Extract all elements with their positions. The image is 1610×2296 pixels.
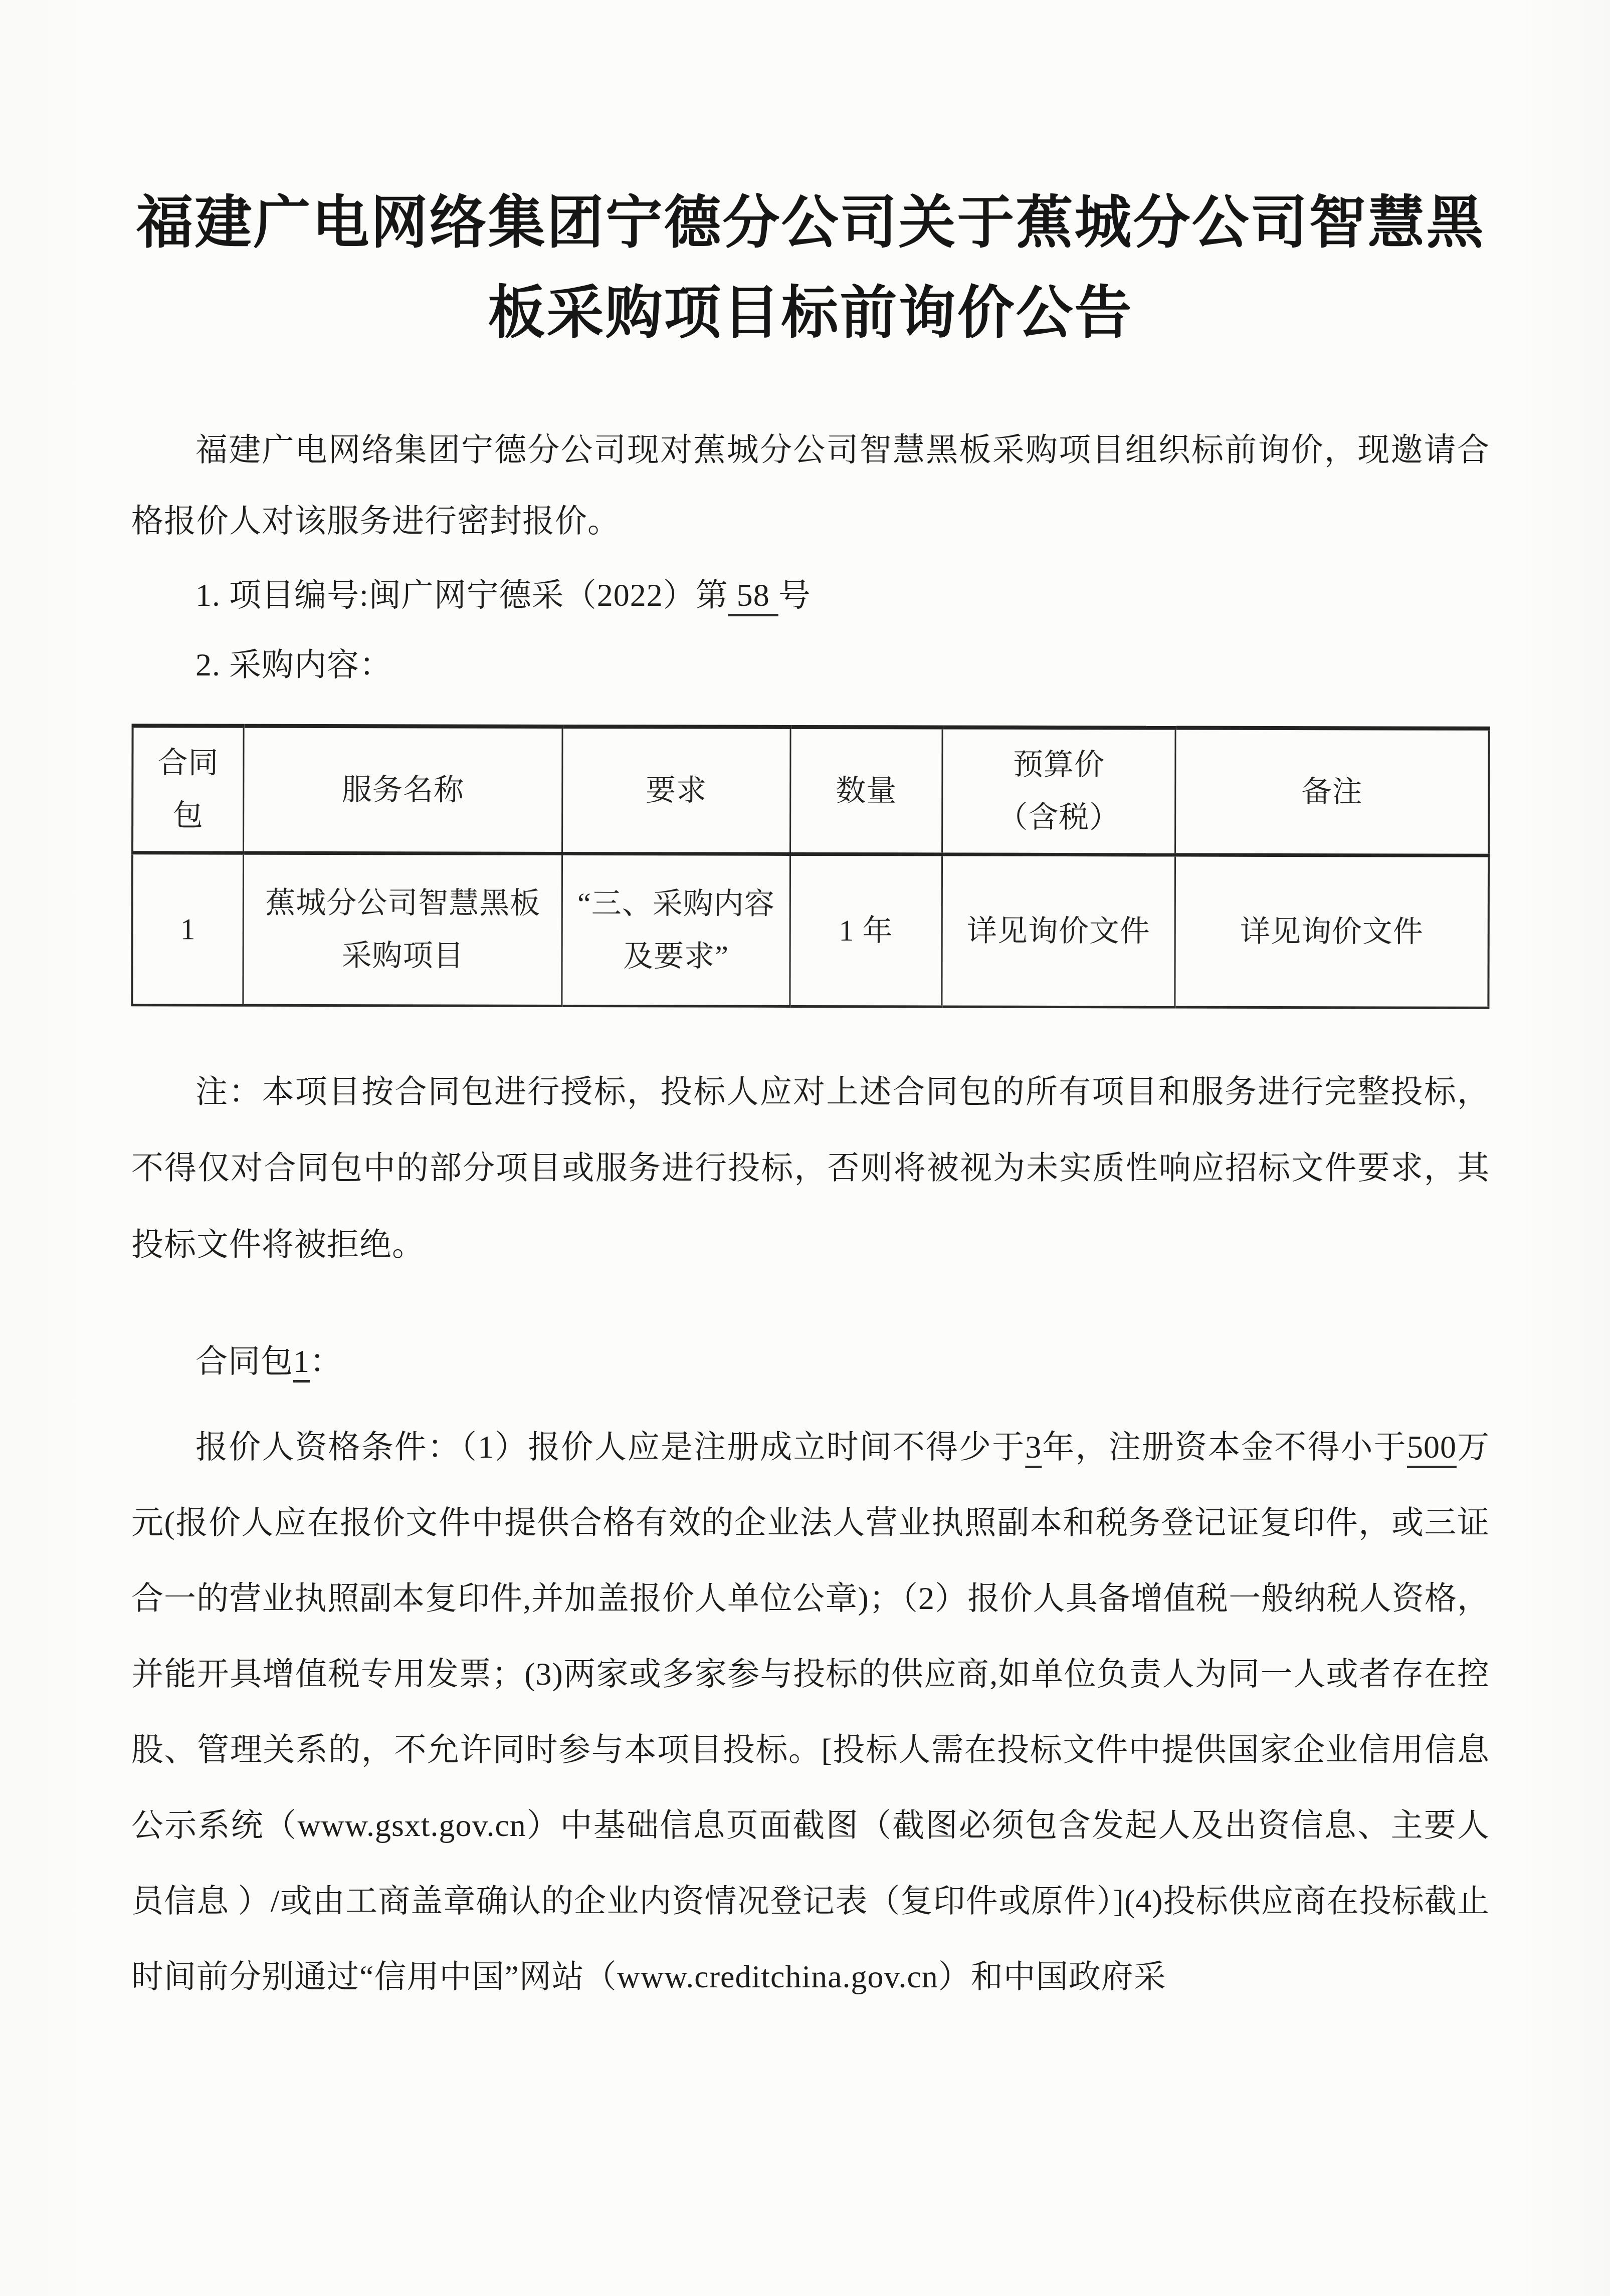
qualification-seg1: 报价人资格条件：（1）报价人应是注册成立时间不得少于	[195, 1429, 1025, 1465]
cell-service-name: 蕉城分公司智慧黑板采购项目	[243, 853, 562, 1006]
cell-requirement: “三、采购内容及要求”	[562, 854, 790, 1007]
package-number: 1	[293, 1343, 310, 1379]
procurement-table: 合同包 服务名称 要求 数量 预算价 （含税） 备注 1 蕉城分公司智慧黑板采购…	[131, 724, 1490, 1009]
qualification-years-value: 3	[1025, 1429, 1042, 1465]
header-cell-requirement: 要求	[562, 727, 790, 854]
header-cell-remarks: 备注	[1175, 728, 1489, 856]
table-row: 1 蕉城分公司智慧黑板采购项目 “三、采购内容及要求” 1 年 详见询价文件 详…	[132, 853, 1489, 1008]
note-paragraph: 注：本项目按合同包进行授标，投标人应对上述合同包的所有项目和服务进行完整投标，不…	[131, 1054, 1490, 1283]
project-number-prefix: 1. 项目编号:闽广网宁德采（2022）第	[195, 577, 728, 613]
header-cell-service-name: 服务名称	[244, 726, 562, 854]
procurement-table-header: 合同包 服务名称 要求 数量 预算价 （含税） 备注	[132, 726, 1489, 855]
package-prefix: 合同包	[195, 1343, 293, 1379]
package-suffix: ：	[310, 1343, 342, 1379]
intro-paragraph: 福建广电网络集团宁德分公司现对蕉城分公司智慧黑板采购项目组织标前询价，现邀请合格…	[131, 414, 1490, 557]
procurement-content-line: 2. 采购内容：	[131, 634, 1490, 696]
cell-remarks: 详见询价文件	[1175, 855, 1489, 1008]
qualification-seg5: 万元(报价人应在报价文件中提供合格有效的企业法人营业执照副本和税务登记证复印件，…	[131, 1429, 1490, 1994]
cell-contract-package: 1	[132, 853, 244, 1005]
qualification-paragraph: 报价人资格条件：（1）报价人应是注册成立时间不得少于3年，注册资本金不得小于50…	[131, 1409, 1490, 2014]
document-content: 福建广电网络集团宁德分公司关于蕉城分公司智慧黑板采购项目标前询价公告 福建广电网…	[0, 0, 1610, 2296]
cell-quantity: 1 年	[790, 854, 942, 1007]
header-cell-quantity: 数量	[790, 727, 942, 854]
project-number-value: 58	[728, 577, 778, 613]
header-cell-budget-price: 预算价 （含税）	[942, 728, 1176, 855]
header-cell-contract-package: 合同包	[132, 726, 244, 853]
project-number-line: 1. 项目编号:闽广网宁德采（2022）第 58 号	[131, 565, 1490, 626]
cell-budget-price: 详见询价文件	[942, 854, 1175, 1007]
package-heading: 合同包1：	[131, 1331, 1490, 1392]
qualification-capital-value: 500	[1407, 1429, 1457, 1465]
qualification-seg3: 年，注册资本金不得小于	[1042, 1429, 1407, 1465]
procurement-table-body: 1 蕉城分公司智慧黑板采购项目 “三、采购内容及要求” 1 年 详见询价文件 详…	[132, 853, 1489, 1008]
document-page: 福建广电网络集团宁德分公司关于蕉城分公司智慧黑板采购项目标前询价公告 福建广电网…	[0, 0, 1610, 2296]
project-number-suffix: 号	[778, 577, 811, 613]
table-header-row: 合同包 服务名称 要求 数量 预算价 （含税） 备注	[132, 726, 1489, 855]
document-title: 福建广电网络集团宁德分公司关于蕉城分公司智慧黑板采购项目标前询价公告	[131, 178, 1490, 358]
